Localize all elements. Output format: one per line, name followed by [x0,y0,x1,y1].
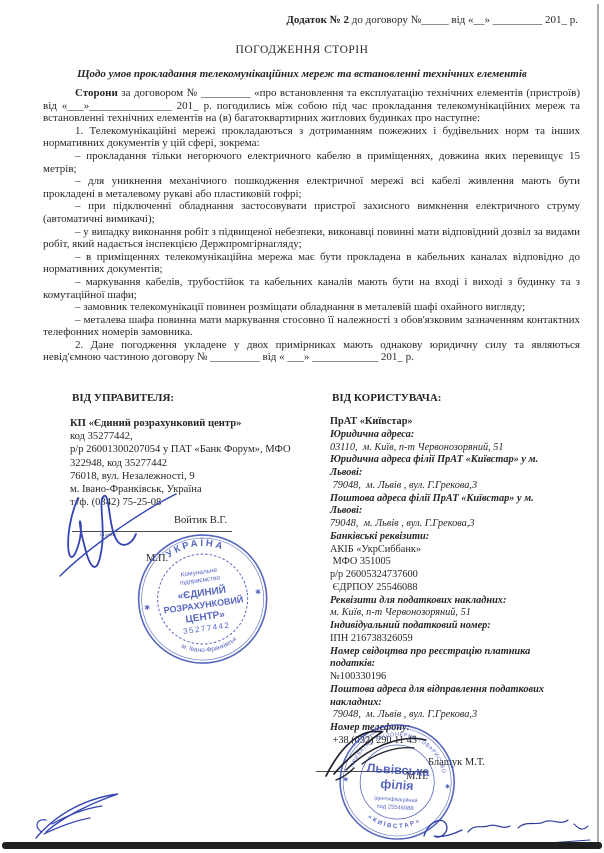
left-detail-line: 76018, вул. Незалежності, 9 [70,470,320,483]
right-detail-line: 79048, м. Львів , вул. Г.Грекова,3 [330,518,586,531]
right-detail-line: Львові: [330,505,586,518]
bullet-item: – замовник телекомунікації повинен розмі… [43,301,580,314]
scan-edge-right [597,4,599,843]
right-detail-line: ІПН 216738326059 [330,633,586,646]
intro-paragraph: Сторони за договором № _________ «про вс… [43,87,580,125]
seal-star-right: ✱ [255,588,262,597]
left-company-name: КП «Єдиний розрахунковий центр» [70,417,320,430]
right-detail-line: накладних: [330,697,586,710]
right-detail-line: Банківські реквізити: [330,531,586,544]
bullet-item: – у випадку виконання робіт з підвищеної… [43,226,580,251]
document-page: Додаток № 2 до договору №_____ від «__» … [0,0,604,853]
bottom-left-signature [30,790,130,850]
right-detail-line: ПрАТ «Київстар» [330,416,586,429]
bullet-item: – металева шафа повинна мати маркування … [43,314,580,339]
right-detail-line: ЄДРПОУ 25546088 [330,582,586,595]
page-subtitle: Щодо умов прокладання телекомунікаційних… [0,68,604,80]
right-detail-line: 03110, м. Київ, п-т Червонозоряний, 51 [330,442,586,455]
svg-text:«КИЇВСТАР»: «КИЇВСТАР» [366,813,423,832]
right-detail-line: Номер свідоцтва про реєстрацію платника [330,646,586,659]
clause-1: 1. Телекомунікаційні мережі прокладаютьс… [43,125,580,150]
right-detail-line: Індивідуальний податковий номер: [330,620,586,633]
right-detail-line: Реквізити для податкових накладних: [330,595,586,608]
signature-icon [318,720,443,790]
seal-ring-bottom-text: «КИЇВСТАР» [366,813,423,832]
right-detail-line: р/р 26005324737600 [330,569,586,582]
document-body: Сторони за договором № _________ «про вс… [43,87,580,364]
right-detail-line: Львові: [330,467,586,480]
seal-star-left: ✱ [144,603,151,612]
left-detail-line: код 35277442, [70,430,320,443]
left-detail-line: р/р 26001300207054 у ПАТ «Банк Форум», М… [70,443,320,456]
right-party-heading: ВІД КОРИСТУВАЧА: [332,392,441,404]
bullet-item: – в приміщеннях телекомунікаційна мережа… [43,251,580,276]
intro-lead: Сторони [75,87,118,99]
right-detail-line: МФО 351005 [330,556,586,569]
clause-2: 2. Дане погодження укладене у двох примі… [43,339,580,364]
bullet-item: – прокладання тільки негорючого електрич… [43,150,580,175]
right-detail-line: Юридична адреса філії ПрАТ «Київстар» у … [330,454,586,467]
seal-city-text: м. Івано-Франківськ [179,635,239,657]
svg-text:м. Івано-Франківськ: м. Івано-Франківськ [179,635,239,657]
page-title: ПОГОДЖЕННЯ СТОРІН [0,44,604,56]
right-party-details: ПрАТ «Київстар»Юридична адреса:03110, м.… [330,416,586,748]
intro-text: за договором № _________ «про встановлен… [43,87,580,124]
appendix-header: Додаток № 2 до договору №_____ від «__» … [286,14,578,26]
appendix-number: Додаток № 2 [286,14,349,26]
right-detail-line: №100330196 [330,671,586,684]
right-detail-line: податків: [330,658,586,671]
right-detail-line: Юридична адреса: [330,429,586,442]
bullet-item: – для уникнення механічного пошкодження … [43,175,580,200]
right-detail-line: м. Київ, п-т Червонозоряний, 51 [330,607,586,620]
bullet-item: – при підключенні обладнання застосовува… [43,200,580,225]
left-detail-line: 322948, код 35277442 [70,457,320,470]
seal-star-right: ✱ [445,783,451,790]
right-detail-line: 79048, м. Львів , вул. Г.Грекова,3 [330,480,586,493]
signature-icon [48,486,198,591]
bullet-list: – прокладання тільки негорючого електрич… [43,150,580,339]
scan-edge-bottom [2,842,602,849]
seal-id-code: код 25546088 [377,804,414,813]
right-signer-signature [318,720,443,795]
bullet-item: – маркування кабелів, трубостійок та каб… [43,276,580,301]
appendix-contract-ref: до договору №_____ від «__» _________ 20… [349,14,578,26]
right-detail-line: Поштова адреса для відправлення податков… [330,684,586,697]
right-detail-lines: ПрАТ «Київстар»Юридична адреса:03110, м.… [330,416,586,748]
right-detail-line: АКІБ «УкрСиббанк» [330,544,586,557]
right-detail-line: Поштова адреса філії ПрАТ «Київстар» у м… [330,493,586,506]
left-signer-signature [48,486,198,596]
signature-icon [30,790,130,845]
left-party-heading: ВІД УПРАВИТЕЛЯ: [72,392,174,404]
